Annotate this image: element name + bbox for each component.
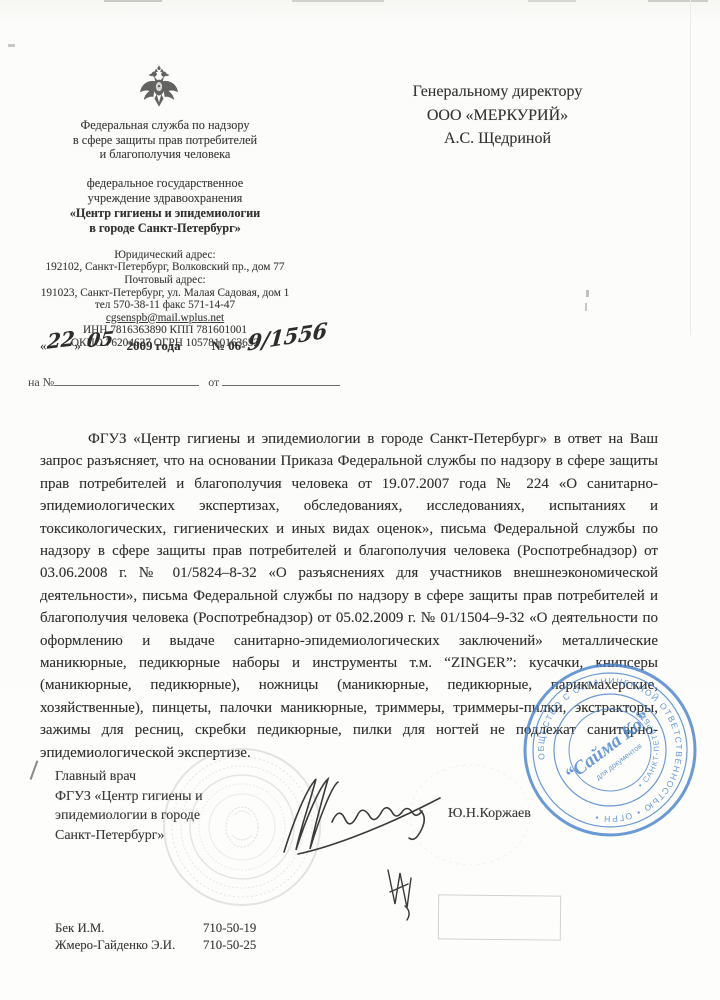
scan-artifact [648,0,708,2]
number-label: № 06- [212,338,246,353]
recipient-block: Генеральному директору ООО «МЕРКУРИЙ» А.… [390,80,605,151]
agency-line: в сфере защиты прав потребителей [22,133,308,148]
scan-edge-line [690,0,691,335]
ref-number-blank [54,374,199,386]
round-seal-blue: ОБЩЕСТВО С ОГРАНИЧЕННОЙ ОТВЕТСТВЕННОСТЬЮ… [500,640,720,860]
legal-address: 192102, Санкт-Петербург, Волковский пр.,… [22,261,308,274]
contact-phone: 710-50-25 [203,937,256,954]
signatory-position: Главный врач ФГУЗ «Центр гигиены и эпиде… [55,767,203,845]
letterhead: Федеральная служба по надзору в сфере за… [22,60,308,350]
pen-mark [30,760,38,779]
contact-phone: 710-50-19 [203,920,256,937]
quote-close: » [74,338,81,353]
scan-artifact [8,44,15,47]
position-line: Главный врач [55,767,203,787]
coat-of-arms-icon [135,64,183,114]
position-line: эпидемиологии в городе [55,806,203,826]
position-line: ФГУЗ «Центр гигиены и [55,787,203,807]
ref-from-label: от [208,375,219,389]
scanned-letter-page: Федеральная служба по надзору в сфере за… [0,0,720,1000]
executor-contacts: Бек И.М. 710-50-19 Жмеро-Гайденко Э.И. 7… [55,920,256,954]
agency-name: Федеральная служба по надзору в сфере за… [22,118,308,162]
institution-line: учреждение здравоохранения [22,191,308,206]
initials-scribble [381,864,417,922]
contact-row: Бек И.М. 710-50-19 [55,920,256,937]
contact-name: Жмеро-Гайденко Э.И. [55,937,203,954]
recipient-line: А.С. Щедриной [390,127,605,151]
contact-name: Бек И.М. [55,920,203,937]
handwritten-day: 22 [46,326,75,354]
institution-name: федеральное государственное учреждение з… [22,176,308,236]
date-number-line: «22»05 2009 года № 06-9/1556 [40,330,380,364]
ref-label: на № [28,375,54,389]
signatory-name: Ю.Н.Коржаев [448,806,531,822]
contact-row: Жмеро-Гайденко Э.И. 710-50-25 [55,937,256,954]
scan-artifact [585,303,587,311]
signature-scribble [272,772,450,867]
handwritten-month: 05 [86,328,115,353]
postal-address-label: Почтовый адрес: [22,274,308,287]
scan-artifact [104,0,162,2]
scan-artifact [586,290,589,297]
agency-line: и благополучия человека [22,147,308,162]
stamp-box-outline [438,894,561,940]
postal-address: 191023, Санкт-Петербург, ул. Малая Садов… [22,287,308,300]
legal-address-label: Юридический адрес: [22,249,308,262]
recipient-line: ООО «МЕРКУРИЙ» [390,104,605,128]
position-line: Санкт-Петербург» [55,826,203,846]
institution-title-line: «Центр гигиены и эпидемиологии [22,206,308,221]
reference-line: на № от [28,374,340,390]
year-label: 2009 года [127,338,181,353]
email-address: cgsenspb@mail.wplus.net [22,312,308,325]
quote-open: « [40,338,47,353]
phone-fax: тел 570-38-11 факс 571-14-47 [22,299,308,312]
institution-title-line: в городе Санкт-Петербург» [22,221,308,236]
scan-artifact [528,0,576,2]
institution-line: федеральное государственное [22,176,308,191]
agency-line: Федеральная служба по надзору [22,118,308,133]
ref-date-blank [222,374,340,386]
recipient-line: Генеральному директору [390,80,605,104]
scan-artifact [292,0,384,2]
